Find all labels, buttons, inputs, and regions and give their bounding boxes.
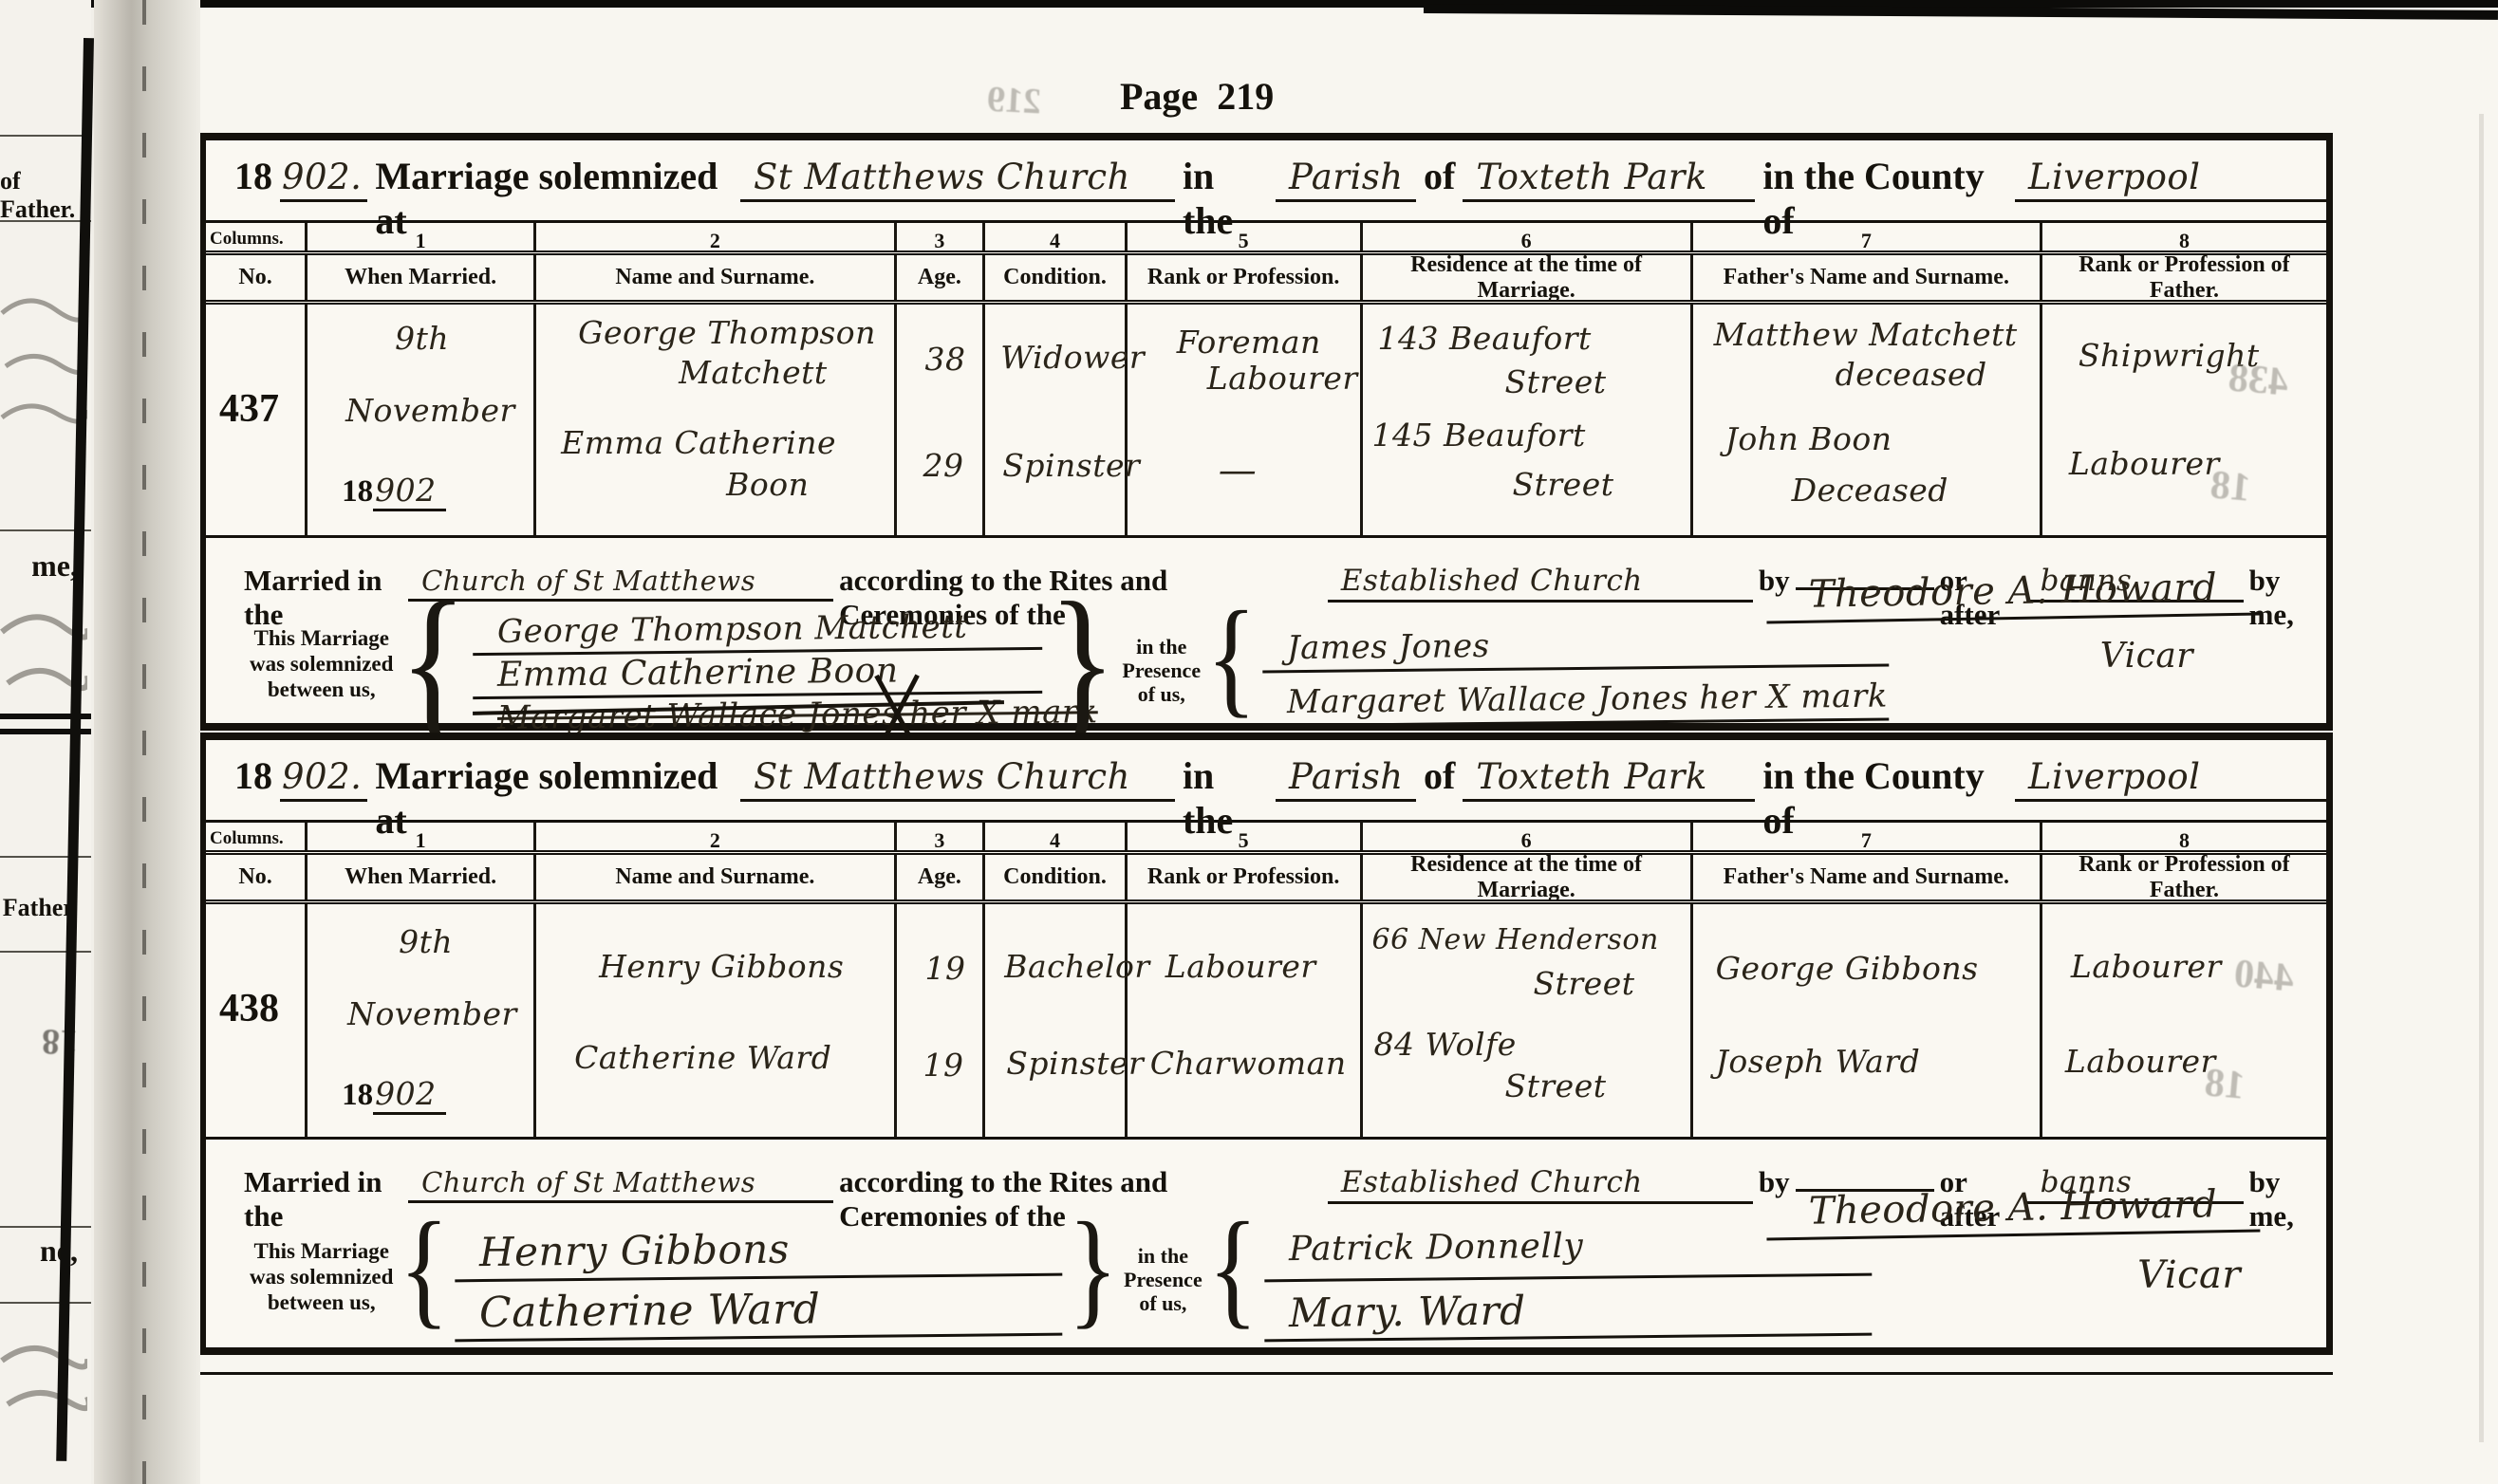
col-num-1: 1 [308,223,536,250]
presence-label: in the Presence of us, [1122,635,1201,706]
groom-father-2: deceased [1836,356,1987,393]
bride-signature: Emma Catherine Boon [473,650,1042,699]
groom-age: 19 [925,950,966,987]
married-in-value: Church of St Matthews [408,1166,833,1203]
cell-ages: 38 29 [897,305,986,535]
cell-father-professions: Shipwright Labourer 438 18 [2042,305,2326,535]
year-prefix: 18 [234,753,272,798]
header-when-married: When Married. [308,255,536,300]
header-when-married: When Married. [308,855,536,900]
bride-residence-2: Street [1513,466,1614,503]
cell-names: Henry Gibbons Catherine Ward [536,904,896,1137]
of-label: of [1424,154,1455,198]
bride-name-2: Boon [726,466,809,503]
header-no: No. [206,855,308,900]
county-name: Liverpool [2015,157,2326,202]
bride-father-2: Deceased [1792,472,1948,509]
cell-when-married: 9th November 18902 [308,904,536,1137]
binding-gutter [94,0,200,1484]
page-title: Page 219 [1120,74,1274,119]
rites-value: Established Church [1328,564,1753,603]
col-num-1: 1 [308,823,536,850]
cell-residences: 66 New Henderson Street 84 Wolfe Street [1363,904,1693,1137]
col-num-4: 4 [985,223,1128,250]
brace-close: } [1068,1216,1118,1319]
couple-signatures: George Thompson Matchett Emma Catherine … [473,610,1042,739]
bride-name: Catherine Ward [574,1039,831,1076]
bride-residence-2: Street [1505,1067,1607,1104]
brace-open: { [1208,1216,1258,1319]
page-label: Page [1120,75,1198,118]
header-father-rank: Rank or Profession of Father. [2042,255,2326,300]
col-num-7: 7 [1693,223,2042,250]
fragment-me: me, [31,548,78,584]
col-num-6: 6 [1363,823,1693,850]
cell-fathers: Matthew Matchett deceased John Boon Dece… [1693,305,2042,535]
bride-age: 19 [923,1047,964,1084]
cell-ages: 19 19 [897,904,986,1137]
col-num-7: 7 [1693,823,2042,850]
cell-when-married: 9th November 18902 [308,305,536,535]
when-day: 9th [395,320,449,357]
col-num-6: 6 [1363,223,1693,250]
illegible-handwriting [0,285,87,436]
col-num-4: 4 [985,823,1128,850]
bride-signature: Catherine Ward [455,1276,1063,1343]
groom-condition: Widower [1000,339,1145,376]
groom-father-profession: Labourer [2071,948,2222,985]
bride-residence: 145 Beaufort [1372,417,1586,454]
groom-residence: 143 Beaufort [1378,320,1592,357]
column-headers-row: No. When Married. Name and Surname. Age.… [206,255,2326,305]
entry-title-row: 18902. Marriage solemnized at St Matthew… [206,740,2326,823]
groom-age: 38 [925,341,966,378]
page-number: 219 [1217,75,1274,118]
col-num-3: 3 [897,823,986,850]
bride-condition: Spinster [1006,1045,1144,1082]
bride-profession: Charwoman [1150,1045,1347,1082]
bride-father: John Boon [1725,420,1892,457]
col-num-5: 5 [1128,823,1363,850]
county-name: Liverpool [2015,756,2326,802]
parish-word: Parish [1276,756,1416,802]
officiant-signature: Theodore A. Howard [1766,1181,2261,1240]
groom-residence-2: Street [1534,965,1635,1002]
cell-professions: Foreman Labourer — [1128,305,1363,535]
entry-data-row: 437 9th November 18902 George Thompson M… [206,305,2326,538]
couple-signatures: Henry Gibbons Catherine Ward [455,1219,1062,1339]
ghost-stamp: 18 [2203,1060,2246,1108]
when-day: 9th [399,923,453,960]
married-in-value: Church of St Matthews [408,565,833,602]
parish-name: Toxteth Park [1463,157,1755,202]
col-num-8: 8 [2042,823,2326,850]
entry-title-row: 18902. Marriage solemnized at St Matthew… [206,140,2326,223]
bride-profession: — [1219,449,1258,492]
record-number: 438 [219,986,279,1031]
bride-age: 29 [923,447,964,484]
groom-profession-2: Labourer [1207,360,1358,397]
officiant-signature: Theodore A. Howard [1766,565,2261,623]
column-numbers-row: Columns. 1 2 3 4 5 6 7 8 [206,223,2326,255]
when-year: 18902 [342,472,446,510]
entry-data-row: 438 9th November 18902 Henry Gibbons Cat… [206,904,2326,1140]
witness-signature-2: Margaret Wallace Jones her X mark [1262,667,1890,728]
cell-conditions: Bachelor Spinster [985,904,1128,1137]
col-num-3: 3 [897,223,986,250]
year-prefix: 18 [234,154,272,198]
parish-word: Parish [1276,157,1416,202]
groom-profession: Foreman [1177,324,1321,361]
cell-professions: Labourer Charwoman [1128,904,1363,1137]
bottom-rule [200,1372,2333,1375]
groom-residence: 66 New Henderson [1372,923,1659,956]
header-rank-profession: Rank or Profession. [1128,855,1363,900]
header-age: Age. [897,855,986,900]
header-no: No. [206,255,308,300]
ghost-page-number: 219 [986,79,1042,123]
illegible-handwriting [0,1336,87,1421]
groom-name-2: Matchett [679,354,828,391]
rites-value: Established Church [1328,1165,1753,1204]
register-scan: of Father. me, Father. 18 ne, 219 Page 2… [0,0,2498,1484]
of-label: of [1424,753,1455,798]
bride-father-profession: Labourer [2065,1043,2216,1080]
fragment-of-father: of Father. [0,167,78,224]
bride-name: Emma Catherine [561,424,836,461]
marriage-entry-438: 18902. Marriage solemnized at St Matthew… [200,733,2333,1355]
presence-label: in the Presence of us, [1124,1244,1202,1315]
header-condition: Condition. [985,855,1128,900]
groom-signature: George Thompson Matchett [473,607,1042,656]
bride-father-profession: Labourer [2069,445,2220,482]
cell-fathers: George Gibbons Joseph Ward [1693,904,2042,1137]
groom-name: George Thompson [578,314,876,351]
brace-open: { [399,1216,449,1319]
header-name-surname: Name and Surname. [536,855,896,900]
brace-open: { [399,600,467,725]
fragment-ne: ne, [40,1234,78,1269]
church-name: St Matthews Church [740,756,1175,802]
header-rank-profession: Rank or Profession. [1128,255,1363,300]
bride-father: Joseph Ward [1716,1043,1921,1080]
when-year: 18902 [342,1075,446,1113]
this-marriage-label: This Marriage was solemnized between us, [250,625,393,702]
header-father-name: Father's Name and Surname. [1693,255,2042,300]
ghost-stamp: 18 [2209,462,2252,510]
groom-name: Henry Gibbons [599,948,844,985]
columns-label: Columns. [206,823,308,850]
marriage-entry-437: 18902. Marriage solemnized at St Matthew… [200,133,2333,731]
officiant-title: Vicar [1766,637,2193,676]
col-num-2: 2 [536,823,896,850]
header-father-name: Father's Name and Surname. [1693,855,2042,900]
officiant-block: Theodore A. Howard Vicar [1766,569,2260,676]
brace-open: { [1206,605,1257,708]
header-residence: Residence at the time of Marriage. [1363,855,1693,900]
parish-name: Toxteth Park [1463,756,1755,802]
column-numbers-row: Columns. 1 2 3 4 5 6 7 8 [206,823,2326,855]
cell-residences: 143 Beaufort Street 145 Beaufort Street [1363,305,1693,535]
brace-close: } [1048,600,1116,725]
bride-condition: Spinster [1002,447,1140,484]
page-right-crease [2479,114,2484,1442]
groom-father: George Gibbons [1716,950,1979,987]
columns-label: Columns. [206,223,308,250]
col-num-5: 5 [1128,223,1363,250]
when-month: November [345,392,515,429]
groom-residence-2: Street [1505,363,1607,400]
record-number: 437 [219,386,279,432]
officiant-title: Vicar [1766,1253,2241,1297]
header-age: Age. [897,255,986,300]
column-headers-row: No. When Married. Name and Surname. Age.… [206,855,2326,904]
cell-conditions: Widower Spinster [985,305,1128,535]
header-name-surname: Name and Surname. [536,255,896,300]
ghost-stamp: 440 [2232,951,2296,1001]
groom-profession: Labourer [1165,948,1316,985]
header-residence: Residence at the time of Marriage. [1363,255,1693,300]
church-name: St Matthews Church [740,157,1175,202]
year-handwritten: 902. [280,756,367,802]
binding-stitch-shadow [142,0,146,1484]
col-num-2: 2 [536,223,896,250]
scan-top-edge [0,0,2498,8]
ghost-stamp: 438 [2227,355,2290,405]
cell-father-professions: Labourer Labourer 440 18 [2042,904,2326,1137]
bride-residence: 84 Wolfe [1374,1026,1517,1063]
header-condition: Condition. [985,255,1128,300]
this-marriage-label: This Marriage was solemnized between us, [250,1238,393,1315]
col-num-8: 8 [2042,223,2326,250]
groom-signature: Henry Gibbons [455,1216,1063,1283]
cell-names: George Thompson Matchett Emma Catherine … [536,305,896,535]
header-father-rank: Rank or Profession of Father. [2042,855,2326,900]
when-month: November [347,995,517,1032]
year-handwritten: 902. [280,157,367,202]
groom-father: Matthew Matchett [1714,316,2018,353]
officiant-block: Theodore A. Howard Vicar [1766,1186,2260,1297]
